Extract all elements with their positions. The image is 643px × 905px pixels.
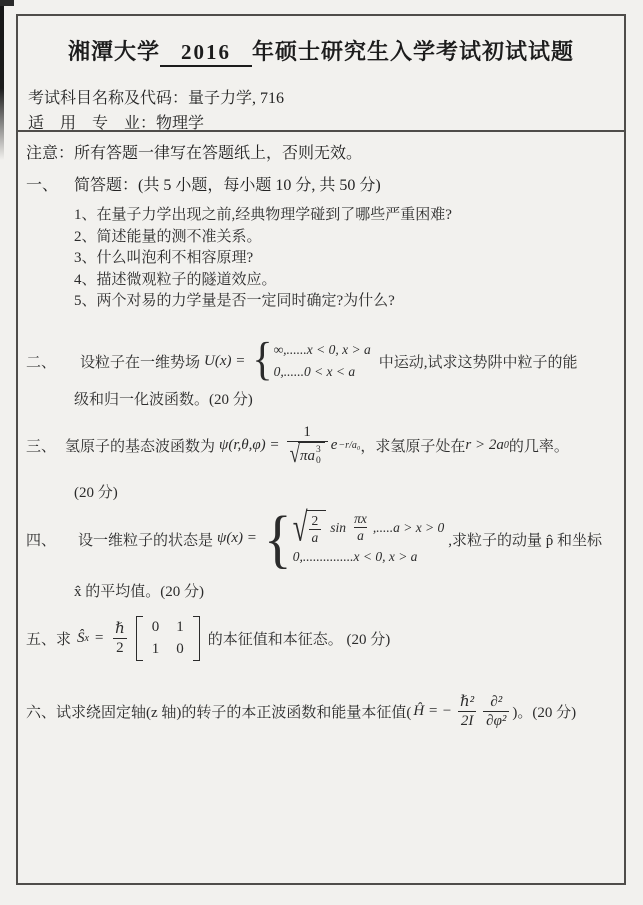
fraction-2-over-a: 2 a: [309, 513, 322, 546]
potential-cases: ∞,......x < 0, x > a 0,......0 < x < a: [274, 339, 371, 384]
section-5-row: 五、求 Ŝx = ℏ 2 0 1 1 0 的本征值和本征态。 (20 分): [26, 612, 390, 664]
left-brace: {: [264, 510, 292, 568]
question-item-4: 4、描述微观粒子的隧道效应。: [74, 270, 452, 292]
radical-sign: √: [290, 442, 300, 468]
square-root: √ πa 3 0: [290, 442, 325, 467]
square-root: √ 2 a: [293, 510, 327, 546]
section-4-row: 四、 设一维粒子的状态是 ψ(x) = { √ 2 a sin πx: [26, 503, 602, 575]
question-item-1: 1、在量子力学出现之前,经典物理学碰到了哪些严重困难?: [74, 205, 452, 227]
section-3-number: 三、: [26, 435, 56, 456]
case-sine: √ 2 a sin πx a ,.....a > x > 0: [293, 510, 445, 546]
fraction-hbar-over-2: ℏ 2: [112, 620, 128, 657]
section-4-number: 四、: [26, 529, 56, 550]
rotor-hamiltonian-formula: Ĥ = − ℏ² 2I ∂² ∂φ²: [411, 693, 512, 730]
case-zero: 0,...............x < 0, x > a: [293, 546, 445, 568]
matrix-cell-11: 0: [176, 641, 184, 658]
question-item-2: 2、简述能量的测不准关系。: [74, 227, 452, 249]
case-sine-condition: ,.....a > x > 0: [373, 517, 444, 539]
scanned-exam-page: { "colors": { "paper": "#f2f1ee", "ink":…: [0, 0, 643, 905]
section-3-tail-end: 的几率。: [509, 435, 569, 456]
potential-formula: U(x) = { ∞,......x < 0, x > a 0,......0 …: [204, 339, 371, 384]
notice-line: 注意：所有答题一律写在答题纸上，否则无效。: [26, 140, 362, 163]
subscript-x: x: [85, 633, 89, 644]
fraction: 1 √ πa 3 0: [287, 423, 328, 467]
section-6-lead: 试求绕固定轴(z 轴)的转子的本正波函数和能量本征值(: [56, 701, 411, 722]
section-1-number: 一、: [26, 177, 58, 194]
formula-psi-x: ψ(x) =: [217, 530, 257, 547]
formula-psi: ψ(r,θ,φ) =: [219, 437, 280, 454]
radical-sign: √: [293, 508, 308, 549]
section-6-row: 六、 试求绕固定轴(z 轴)的转子的本正波函数和能量本征值( Ĥ = − ℏ² …: [26, 684, 576, 738]
exam-title: 湘潭大学2016年硕士研究生入学考试初试试题: [16, 35, 626, 67]
exam-title-university: 湘潭大学: [68, 39, 160, 64]
right-bracket: [193, 616, 200, 661]
subscript-0: 0: [316, 456, 321, 467]
left-bracket: [136, 616, 143, 661]
section-6-number: 六、: [26, 701, 56, 722]
section-4-lead: 设一维粒子的状态是: [78, 529, 213, 550]
exponent-3: 3: [316, 445, 321, 456]
section-5-tail: 的本征值和本征态。 (20 分): [208, 628, 391, 649]
fraction-partial-phi: ∂² ∂φ²: [483, 693, 509, 730]
formula-u-of-x: U(x) =: [204, 353, 245, 370]
fraction-numerator: 1: [300, 423, 314, 441]
major-line: 适 用 专 业：物理学: [28, 110, 204, 133]
state-formula: ψ(x) = { √ 2 a sin πx a ,.: [217, 510, 444, 569]
r-greater-2a: r > 2a: [465, 437, 503, 454]
hydrogen-wavefunction-formula: ψ(r,θ,φ) = 1 √ πa 3 0 e−r/a₀: [219, 423, 360, 467]
section-4-tail: ,求粒子的动量 p̂ 和坐标: [448, 529, 602, 550]
section-2-continuation: 级和归一化波函数。(20 分): [74, 388, 253, 409]
spin-matrix-formula: Ŝx = ℏ 2 0 1 1 0: [77, 616, 205, 661]
fraction-hbar2-over-2I: ℏ² 2I: [457, 693, 477, 730]
matrix-cell-10: 1: [152, 641, 160, 658]
section-5-number: 五、求: [26, 628, 71, 649]
matrix-cell-00: 0: [152, 619, 160, 636]
case-infinite: ∞,......x < 0, x > a: [274, 339, 371, 361]
section-3-lead: 氢原子的基态波函数为: [65, 435, 215, 456]
matrix-cell-01: 1: [176, 619, 184, 636]
section-6-tail: )。(20 分): [512, 701, 576, 722]
section-1-heading: 一、简答题：(共 5 小题，每小题 10 分, 共 50 分): [26, 172, 381, 195]
section-2-tail: 中运动,试求这势阱中粒子的能: [379, 351, 578, 372]
section-4-continuation: x̂ 的平均值。(20 分): [74, 580, 204, 601]
fraction-denominator: √ πa 3 0: [287, 441, 328, 467]
section-3-score: (20 分): [74, 481, 118, 502]
sub-sup-stack: 3 0: [316, 445, 321, 467]
left-brace: {: [252, 340, 272, 382]
case-zero: 0,......0 < x < a: [274, 361, 371, 383]
section-2-number: 二、: [26, 351, 56, 372]
subject-line: 考试科目名称及代码：量子力学, 716: [28, 85, 284, 108]
section-1-items: 1、在量子力学出现之前,经典物理学碰到了哪些严重困难? 2、简述能量的测不准关系…: [74, 205, 452, 313]
section-3-row: 三、 氢原子的基态波函数为 ψ(r,θ,φ) = 1 √ πa 3 0 e−r/…: [26, 418, 569, 472]
euler-e: e: [331, 437, 338, 454]
hamiltonian: Ĥ = −: [413, 703, 452, 720]
section-2-lead: 设粒子在一维势场: [80, 351, 200, 372]
section-3-tail-text: ，求氢原子处在: [360, 435, 465, 456]
question-item-5: 5、两个对易的力学量是否一定同时确定?为什么?: [74, 291, 452, 313]
question-item-3: 3、什么叫泡利不相容原理?: [74, 248, 452, 270]
state-cases: √ 2 a sin πx a ,.....a > x > 0 0,.......…: [293, 510, 445, 569]
fraction-pix-over-a: πx a: [351, 511, 370, 544]
section-1-title: 简答题：(共 5 小题，每小题 10 分, 共 50 分): [74, 177, 381, 194]
exam-title-year: 2016: [160, 40, 252, 67]
radicand: πa: [300, 447, 315, 465]
spin-operator: Ŝ: [77, 630, 85, 647]
pauli-matrix: 0 1 1 0: [136, 616, 200, 661]
exponent: −r/a₀: [338, 440, 360, 451]
section-2-row: 二、 设粒子在一维势场 U(x) = { ∞,......x < 0, x > …: [26, 334, 578, 388]
scan-edge-artifact: [0, 0, 4, 160]
exam-title-suffix: 年硕士研究生入学考试初试试题: [252, 39, 574, 64]
sin-label: sin: [330, 517, 346, 539]
equals-sign: =: [94, 630, 104, 647]
scan-corner-artifact: [0, 0, 14, 6]
